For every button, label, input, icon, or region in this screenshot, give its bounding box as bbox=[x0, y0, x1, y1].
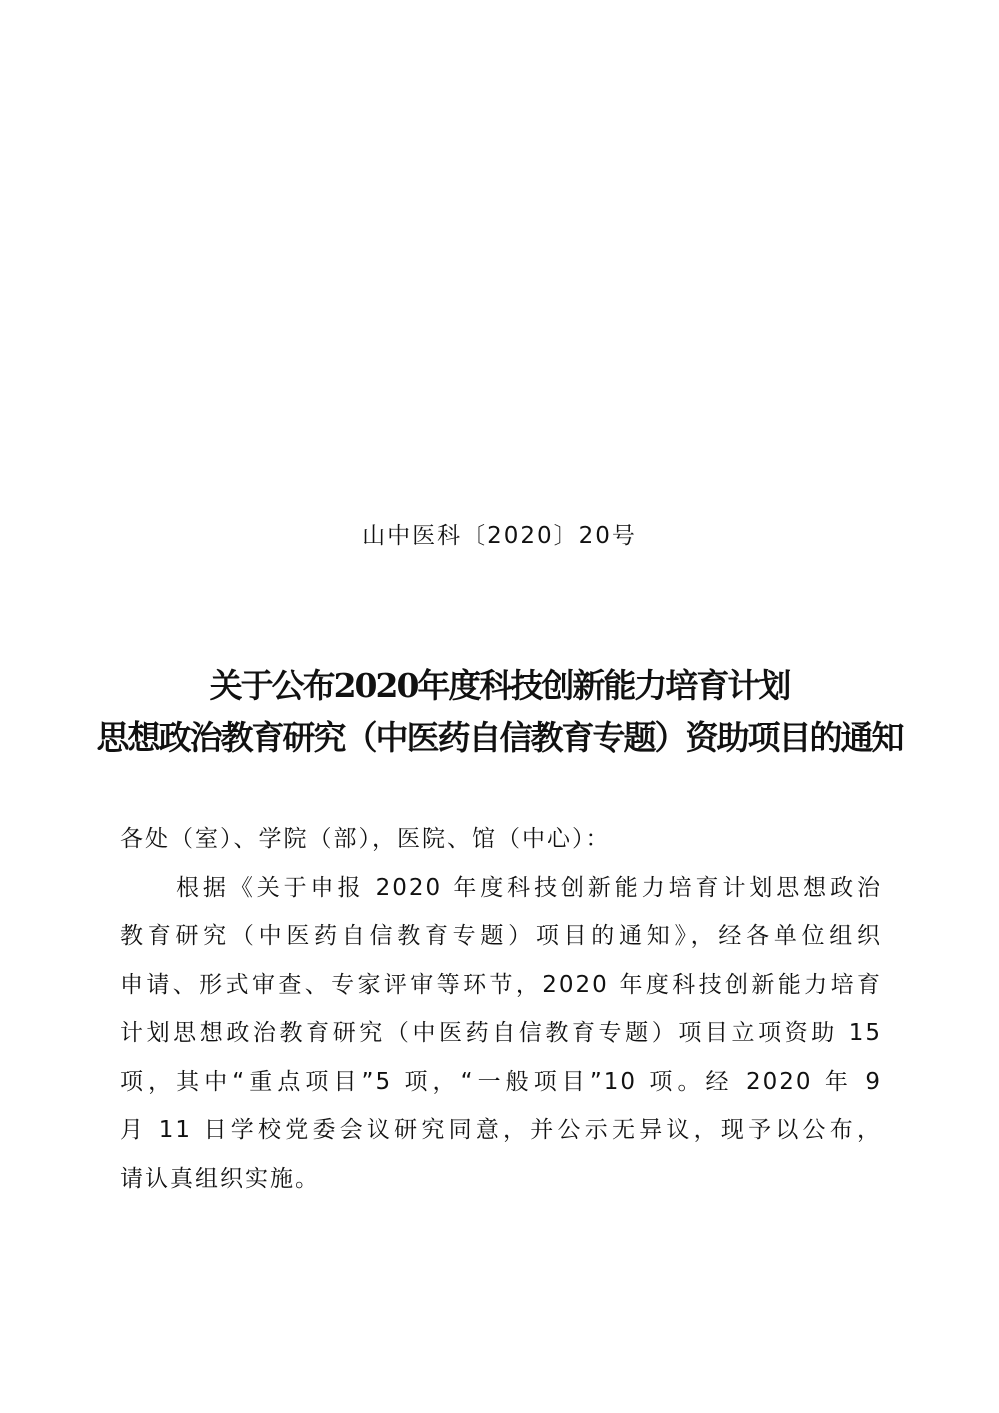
body-paragraph: 根据《关于申报 2020 年度科技创新能力培育计划思想政治 教育研究（中医药自信… bbox=[120, 864, 882, 1204]
document-title: 关于公布2020年度科技创新能力培育计划 思想政治教育研究（中医药自信教育专题）… bbox=[0, 660, 999, 764]
paragraph-line: 教育研究（中医药自信教育专题）项目的通知》，经各单位组织 bbox=[120, 912, 882, 961]
document-body: 各处（室）、学院（部），医院、馆（中心）： 根据《关于申报 2020 年度科技创… bbox=[120, 815, 882, 1203]
salutation: 各处（室）、学院（部），医院、馆（中心）： bbox=[120, 815, 882, 864]
paragraph-line: 月 11 日学校党委会议研究同意，并公示无异议，现予以公布， bbox=[120, 1106, 882, 1155]
paragraph-line: 申请、形式审查、专家评审等环节，2020 年度科技创新能力培育 bbox=[120, 961, 882, 1010]
paragraph-line: 根据《关于申报 2020 年度科技创新能力培育计划思想政治 bbox=[120, 864, 882, 913]
title-line-1: 关于公布2020年度科技创新能力培育计划 bbox=[0, 660, 999, 712]
paragraph-line: 项，其中“重点项目”5 项，“一般项目”10 项。经 2020 年 9 bbox=[120, 1058, 882, 1107]
title-line-2: 思想政治教育研究（中医药自信教育专题）资助项目的通知 bbox=[0, 712, 999, 764]
paragraph-line: 计划思想政治教育研究（中医药自信教育专题）项目立项资助 15 bbox=[120, 1009, 882, 1058]
document-number: 山中医科〔2020〕20号 bbox=[0, 519, 999, 553]
paragraph-line: 请认真组织实施。 bbox=[120, 1155, 882, 1204]
